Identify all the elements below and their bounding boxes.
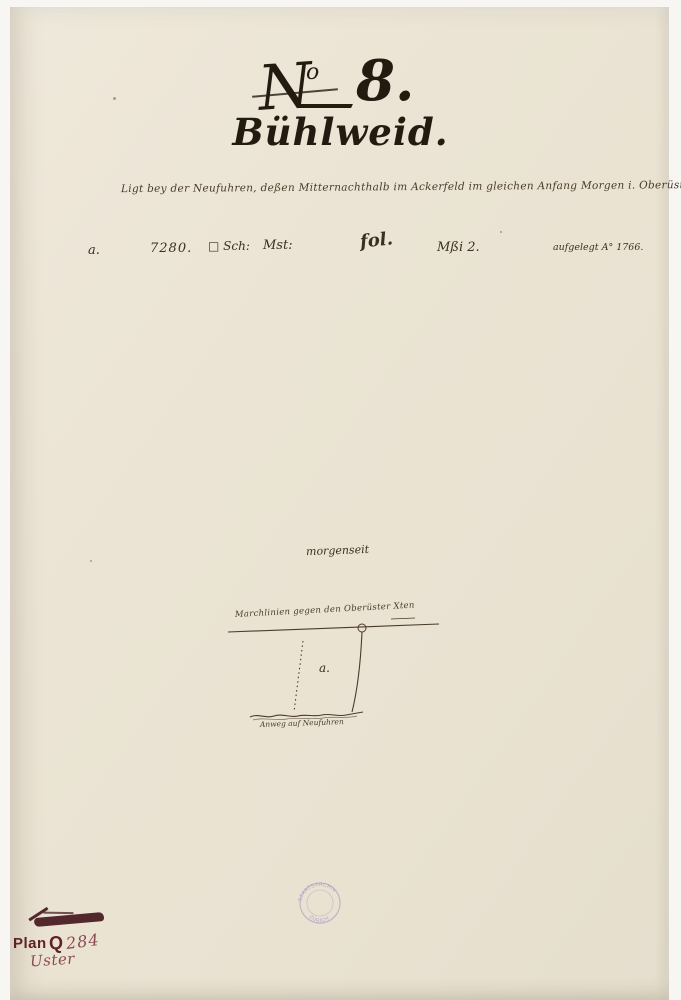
parcel-label: a. <box>319 661 330 675</box>
paper-sheet <box>10 7 669 1000</box>
svg-text:STAATSARCHIV: STAATSARCHIV <box>297 882 337 902</box>
title-number: 8. <box>356 48 414 114</box>
area-value: 7280. <box>150 241 192 256</box>
title-sup-o: o <box>306 60 319 85</box>
boundary-line <box>228 624 439 632</box>
folio-mark: fol. <box>359 228 394 252</box>
boundary-corner-mark <box>358 624 366 632</box>
path-label: Anweg auf Neufuhren <box>259 717 344 729</box>
parcel-outline-dotted <box>294 641 303 712</box>
path-wavy-line <box>250 712 363 717</box>
document-scan: N o 8. Bühlweid. Ligt bey der Neufuhren,… <box>0 0 681 1000</box>
paper-speck <box>113 97 116 100</box>
label-underline <box>391 618 415 619</box>
archive-stamp-text-top: STAATSARCHIV <box>297 882 337 902</box>
plan-word: Plan <box>13 935 47 952</box>
parcel-sketch: Marchlinien gegen den Oberüster Xten a. … <box>215 598 450 748</box>
area-unit: □ Sch: <box>208 239 250 253</box>
parcel-outline-right <box>352 632 362 712</box>
plan-place: Uster <box>29 949 75 970</box>
title-name: Bühlweid. <box>0 110 681 154</box>
paper-speck <box>90 560 92 562</box>
orientation-label: morgenseit <box>306 543 369 558</box>
parcel-letter: a. <box>88 243 100 258</box>
measure-note: Mst: <box>263 238 293 253</box>
date-note: aufgelegt A° 1766. <box>553 242 643 253</box>
title-underline-dash <box>299 104 353 108</box>
paper-speck <box>500 231 502 233</box>
archive-stamp-inner-ring <box>307 890 333 916</box>
boundary-label: Marchlinien gegen den Oberüster Xten <box>234 601 415 620</box>
archive-stamp: STAATSARCHIV ZÜRICH <box>296 879 344 927</box>
measure-note-2: Mßi 2. <box>437 240 480 255</box>
